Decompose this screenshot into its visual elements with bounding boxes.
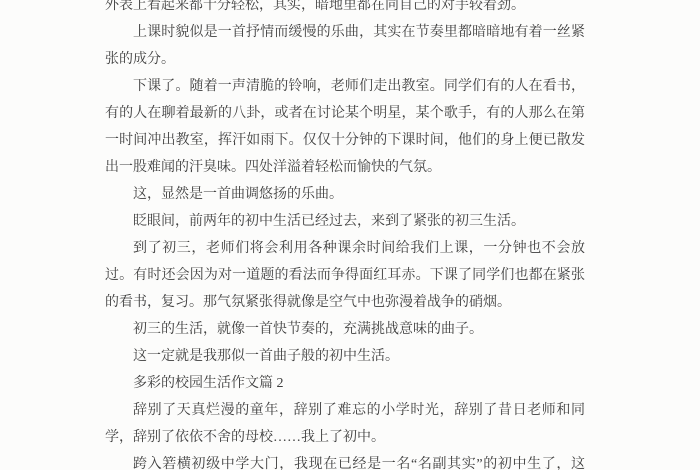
essay-page: 外表上看起来都十分轻松，其实，暗地里都在同自己的对手较着劲。上课时貌似是一首抒情…	[0, 0, 700, 470]
text-line: 外表上看起来都十分轻松，其实，暗地里都在同自己的对手较着劲。	[105, 0, 585, 19]
text-line: 的看书，复习。那气氛紧张得就像是空气中也弥漫着战争的硝烟。	[105, 289, 585, 316]
text-line: 到了初三，老师们将会利用各种课余时间给我们上课，一分钟也不会放	[105, 235, 585, 262]
essay-text-block: 外表上看起来都十分轻松，其实，暗地里都在同自己的对手较着劲。上课时貌似是一首抒情…	[105, 0, 585, 470]
text-line: 出一股难闻的汗臭味。四处洋溢着轻松而愉快的气氛。	[105, 154, 585, 181]
text-line: 这，显然是一首曲调悠扬的乐曲。	[105, 181, 585, 208]
text-line: 上课时貌似是一首抒情而缓慢的乐曲，其实在节奏里都暗暗地有着一丝紧	[105, 19, 585, 46]
text-line: 辞别了天真烂漫的童年，辞别了难忘的小学时光，辞别了昔日老师和同	[105, 397, 585, 424]
text-line: 一时间冲出教室，挥汗如雨下。仅仅十分钟的下课时间，他们的身上便已散发	[105, 127, 585, 154]
text-line: 下课了。随着一声清脆的铃响，老师们走出教室。同学们有的人在看书，	[105, 73, 585, 100]
text-line: 学，辞别了依依不舍的母校……我上了初中。	[105, 424, 585, 451]
text-line: 这一定就是我那似一首曲子般的初中生活。	[105, 343, 585, 370]
text-line: 跨入箬横初级中学大门，我现在已经是一名“名副其实”的初中生了，这	[105, 451, 585, 470]
text-line: 过。有时还会因为对一道题的看法而争得面红耳赤。下课了同学们也都在紧张	[105, 262, 585, 289]
text-line: 张的成分。	[105, 46, 585, 73]
text-line: 多彩的校园生活作文篇 2	[105, 370, 585, 397]
text-line: 有的人在聊着最新的八卦，或者在讨论某个明星，某个歌手，有的人那么在第	[105, 100, 585, 127]
text-line: 眨眼间，前两年的初中生活已经过去，来到了紧张的初三生活。	[105, 208, 585, 235]
text-line: 初三的生活，就像一首快节奏的，充满挑战意味的曲子。	[105, 316, 585, 343]
